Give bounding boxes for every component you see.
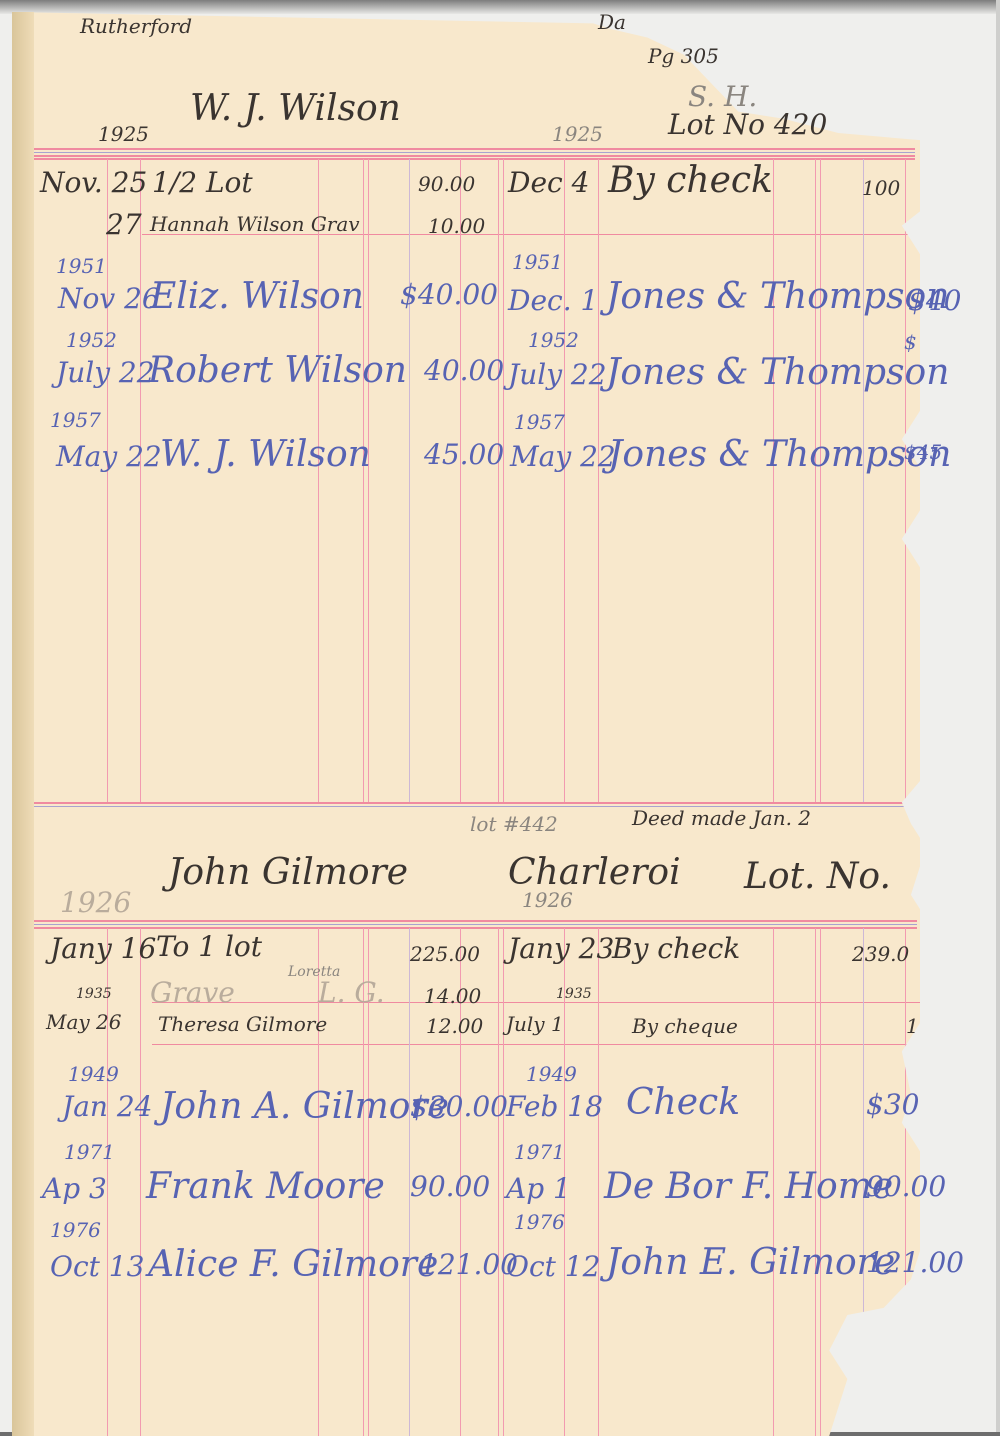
credit-year: 1935 (556, 986, 592, 1002)
credit-desc: De Bor F. Home (604, 1166, 893, 1207)
corner-note: Rutherford (80, 14, 192, 38)
debit-year: 1952 (66, 328, 117, 352)
column-rule (598, 928, 599, 1436)
debit-desc: Hannah Wilson Grav (150, 212, 360, 236)
credit-amount: 121.00 (866, 1246, 964, 1279)
column-rule (107, 159, 108, 802)
column-rule (363, 159, 369, 802)
column-rule (773, 159, 774, 802)
debit-amount: $40.00 (400, 278, 498, 311)
credit-year: 1949 (526, 1062, 577, 1086)
debit-desc: Robert Wilson (148, 350, 407, 391)
debit-desc: Eliz. Wilson (150, 276, 364, 317)
debit-year: 1951 (56, 254, 107, 278)
debit-desc: Theresa Gilmore (158, 1012, 327, 1036)
debit-date: Nov 26 (58, 282, 160, 315)
credit-desc: By check (612, 932, 740, 965)
account1-name: W. J. Wilson (190, 88, 401, 129)
column-rule (318, 159, 319, 802)
debit-date: May 22 (56, 440, 162, 473)
credit-date: May 22 (510, 440, 616, 473)
column-rule (498, 928, 504, 1436)
credit-desc: Jones & Thompson (606, 276, 949, 317)
account1-year-left: 1925 (98, 122, 149, 146)
column-rule (140, 159, 141, 802)
header-rule (20, 155, 915, 157)
credit-desc: By check (608, 160, 773, 201)
debit-amount: 90.00 (410, 1170, 490, 1203)
account2-name: John Gilmore (168, 852, 408, 893)
debit-amount: $30.00 (410, 1090, 508, 1123)
credit-desc: Jones & Thompson (608, 434, 951, 475)
credit-year: 1952 (528, 328, 579, 352)
credit-year: 1951 (512, 250, 563, 274)
scanner-right-edge (996, 0, 1000, 1436)
credit-date: July 22 (508, 358, 607, 391)
credit-amount: $ (904, 330, 917, 354)
credit-desc: By cheque (632, 1014, 738, 1038)
page-reference: Pg 305 (648, 44, 719, 68)
account2-year-right: 1926 (522, 888, 573, 912)
debit-date: Jany 16 (50, 932, 156, 965)
header-rule (20, 158, 915, 160)
header-rule (22, 920, 917, 922)
debit-date: Nov. 25 (40, 166, 147, 199)
header-rule-blue (20, 152, 915, 153)
debit-amount: 121.00 (420, 1248, 518, 1281)
debit-desc: 1/2 Lot (152, 166, 253, 199)
column-rule (905, 159, 906, 802)
debit-desc: W. J. Wilson (160, 434, 371, 475)
credit-amount: 100 (862, 176, 900, 200)
debit-amount: 90.00 (418, 172, 475, 196)
debit-desc: To 1 lot (156, 930, 262, 963)
debit-amount: 12.00 (426, 1014, 483, 1038)
column-rule (140, 928, 141, 1436)
credit-date: Ap 1 (506, 1172, 571, 1205)
debit-date: Oct 13 (50, 1250, 144, 1283)
section-rule (22, 802, 922, 804)
header-rule (22, 927, 917, 929)
column-rule (107, 928, 108, 1436)
debit-date: Ap 3 (42, 1172, 107, 1205)
binding-stain (12, 12, 34, 1436)
header-rule-blue (22, 924, 917, 925)
debit-date: 27 (106, 208, 142, 241)
credit-date: Jany 23 (508, 932, 614, 965)
debit-year: 1976 (50, 1218, 101, 1242)
credit-amount: $45 (904, 440, 942, 464)
credit-amount: 239.0 (852, 942, 909, 966)
debit-date: Jan 24 (62, 1090, 152, 1123)
deed-note: Deed made Jan. 2 (632, 806, 811, 830)
credit-amount: 90.00 (866, 1170, 946, 1203)
debit-year: 1957 (50, 408, 101, 432)
credit-date: Dec 4 (508, 166, 589, 199)
credit-date: July 1 (506, 1012, 564, 1036)
debit-desc: Alice F. Gilmore (148, 1244, 438, 1285)
credit-date: Dec. 1 (508, 284, 598, 317)
debit-desc: Grave (150, 976, 235, 1009)
debit-date: May 26 (46, 1010, 122, 1034)
account2-lot: Lot. No. (744, 856, 891, 897)
debit-amount: 40.00 (424, 354, 504, 387)
account2-place: Charleroi (508, 852, 681, 893)
debit-amount: 10.00 (428, 214, 485, 238)
header-rule (20, 148, 915, 150)
account1-year-right: 1925 (552, 122, 603, 146)
credit-year: 1971 (514, 1140, 565, 1164)
credit-desc: John E. Gilmore (606, 1242, 895, 1283)
debit-amount: 14.00 (424, 984, 481, 1008)
credit-date: Oct 12 (506, 1250, 600, 1283)
credit-date: Feb 18 (506, 1090, 603, 1123)
credit-desc: Check (626, 1082, 740, 1123)
debit-year: 1949 (68, 1062, 119, 1086)
credit-amount: $30 (866, 1088, 919, 1121)
lot-note: lot #442 (470, 812, 558, 836)
credit-amount: 1 (906, 1014, 919, 1038)
column-rule (598, 159, 599, 802)
debit-year: 1935 (76, 986, 112, 1002)
debit-desc: Frank Moore (146, 1166, 385, 1207)
debit-amount: 225.00 (410, 942, 480, 966)
credit-amount: $40 (908, 284, 961, 317)
column-rule (498, 159, 504, 802)
debit-year: 1971 (64, 1140, 115, 1164)
top-right-note: Da (598, 10, 626, 34)
column-rule (460, 159, 461, 802)
column-rule (564, 159, 565, 802)
debit-amount: 45.00 (424, 438, 504, 471)
debit-date: July 22 (56, 356, 155, 389)
credit-year: 1957 (514, 410, 565, 434)
credit-year: 1976 (514, 1210, 565, 1234)
column-rule (863, 159, 864, 802)
column-rule (409, 159, 410, 802)
account1-lot: Lot No 420 (668, 108, 827, 141)
debit-initials: L. G. (318, 976, 385, 1009)
column-rule (815, 159, 821, 802)
credit-desc: Jones & Thompson (606, 352, 949, 393)
scanner-top-edge (0, 0, 1000, 14)
debit-desc: John A. Gilmore (160, 1086, 449, 1127)
account2-year-left: 1926 (60, 886, 131, 919)
